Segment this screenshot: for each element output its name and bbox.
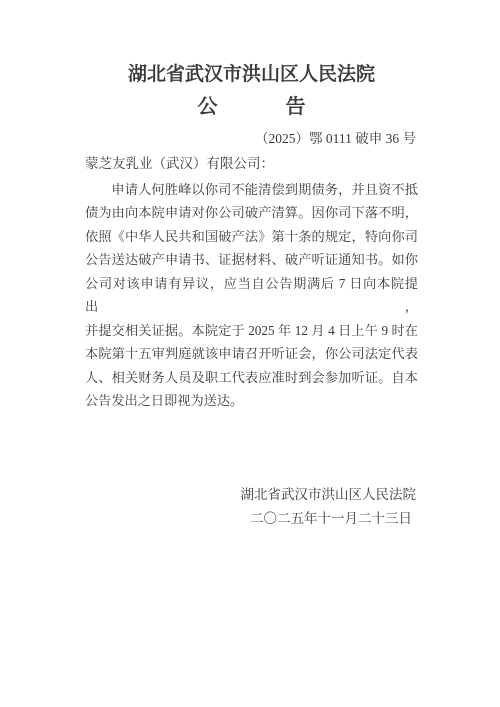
body-line: 公告发出之日即视为送达。 xyxy=(85,389,418,413)
body-line: 公司对该申请有异议，应当自公告期满后 7 日向本院提出， xyxy=(85,272,418,319)
document-title-char-right: 告 xyxy=(286,93,306,121)
body-line: 人、相关财务人员及职工代表应准时到会参加听证。自本 xyxy=(85,366,418,390)
case-number: （2025）鄂 0111 破申 36 号 xyxy=(85,129,418,149)
body-line: 债为由向本院申请对你公司破产清算。因你司下落不明， xyxy=(85,201,418,225)
signature-court-name: 湖北省武汉市洪山区人民法院 xyxy=(85,483,418,507)
signature-date: 二〇二五年十一月二十三日 xyxy=(85,507,418,531)
recipient-line: 蒙芝友乳业（武汉）有限公司： xyxy=(85,152,418,176)
document-title-char-left: 公 xyxy=(198,93,218,121)
document-header-court-name: 湖北省武汉市洪山区人民法院 xyxy=(85,61,418,89)
body-line: 申请人何胜峰以你司不能清偿到期债务，并且资不抵 xyxy=(85,178,418,202)
body-line: 公告送达破产申请书、证据材料、破产听证通知书。如你 xyxy=(85,248,418,272)
body-line: 依照《中华人民共和国破产法》第十条的规定，特向你司 xyxy=(85,225,418,249)
document-content: 湖北省武汉市洪山区人民法院 公 告 （2025）鄂 0111 破申 36 号 蒙… xyxy=(0,0,500,531)
body-line: 并提交相关证据。本院定于 2025 年 12 月 4 日上午 9 时在 xyxy=(85,319,418,343)
body-line: 本院第十五审判庭就该申请召开听证会，你公司法定代表 xyxy=(85,342,418,366)
announcement-body: 申请人何胜峰以你司不能清偿到期债务，并且资不抵 债为由向本院申请对你公司破产清算… xyxy=(85,178,418,413)
document-title: 公 告 xyxy=(85,93,418,121)
court-announcement-page: 湖北省武汉市洪山区人民法院 公 告 （2025）鄂 0111 破申 36 号 蒙… xyxy=(0,0,500,707)
